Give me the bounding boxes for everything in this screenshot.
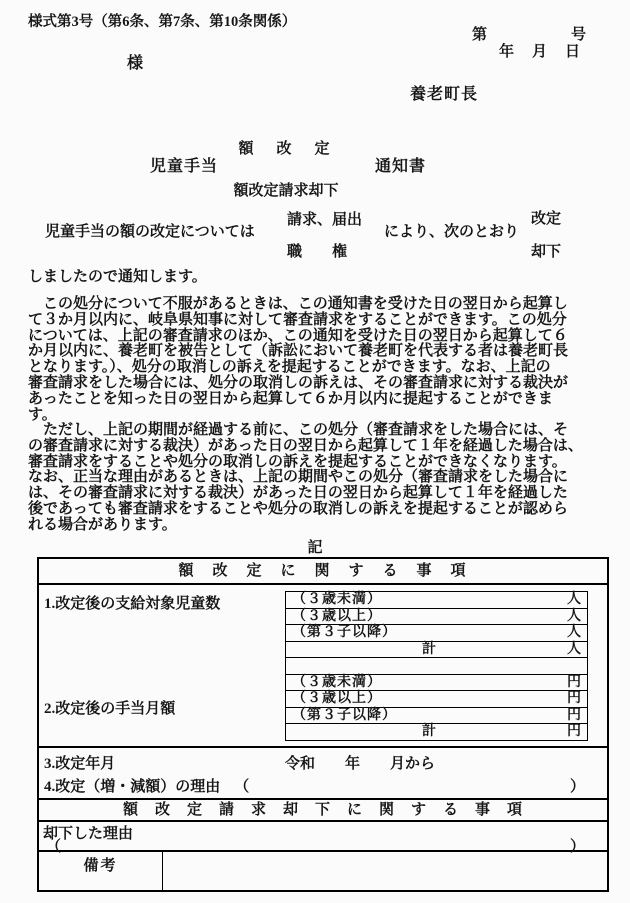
table-section1: 1.改定後の支給対象児童数 2.改定後の手当月額 （３歳未満） 人 （３歳以上）… bbox=[39, 585, 607, 748]
title-suffix: 通知書 bbox=[375, 153, 426, 176]
lead-option-rejected: 却下 bbox=[531, 240, 561, 261]
item4-open-paren: （ bbox=[234, 779, 249, 795]
revision-details-table: 額 改 定 に 関 す る 事 項 1.改定後の支給対象児童数 2.改定後の手当… bbox=[37, 557, 609, 892]
amount-row-total-unit: 円 bbox=[567, 724, 581, 740]
amount-row-over3-unit: 円 bbox=[567, 691, 581, 707]
table-section2-header: 額 改 定 請 求 却 下 に 関 す る 事 項 bbox=[39, 800, 607, 822]
form-number-label: 様式第3号（第6条、第7条、第10条関係） bbox=[28, 10, 296, 31]
addressee-suffix: 様 bbox=[127, 50, 143, 73]
table-section-revision-date-reason: 3.改定年月 令和 年 月から 4.改定（増・減額）の理由（ ） bbox=[39, 748, 607, 800]
appeal-instructions-paragraph: この処分について不服があるときは、この通知書を受けた日の翌日から起算し て３か月… bbox=[28, 297, 606, 423]
amount-row-under3: （３歳未満） 円 bbox=[286, 675, 587, 692]
table-section1-header: 額 改 定 に 関 す る 事 項 bbox=[39, 559, 607, 585]
count-row-third-child: （第３子以降） 人 bbox=[286, 625, 587, 642]
count-row-total-unit: 人 bbox=[567, 642, 581, 658]
title-option-stack: 額 改 定 額改定請求却下 bbox=[230, 137, 342, 200]
amount-row-total: 計 円 bbox=[286, 724, 587, 740]
title-option-request-rejection: 額改定請求却下 bbox=[233, 179, 338, 200]
count-row-under3-label: （３歳未満） bbox=[292, 592, 382, 608]
doc-no-prefix: 第 bbox=[472, 23, 487, 44]
count-row-over3-label: （３歳以上） bbox=[292, 609, 382, 625]
remarks-label: 備考 bbox=[39, 852, 163, 890]
item2-label: 2.改定後の手当月額 bbox=[44, 697, 175, 718]
count-row-over3: （３歳以上） 人 bbox=[286, 609, 587, 626]
item4-close-paren: ） bbox=[570, 775, 585, 796]
spacer-row bbox=[286, 658, 587, 675]
count-row-under3: （３歳未満） 人 bbox=[286, 592, 587, 609]
lead-option-revised: 改定 bbox=[531, 207, 561, 228]
count-row-over3-unit: 人 bbox=[567, 609, 581, 625]
document-page: 様式第3号（第6条、第7条、第10条関係） 第 号 年 月 日 様 養老町長 児… bbox=[0, 0, 630, 903]
lead-sentence-head: 児童手当の額の改定については bbox=[45, 220, 255, 241]
remarks-row: 備考 bbox=[39, 852, 607, 890]
lead-option-request-notification: 請求、届出 bbox=[287, 208, 362, 229]
title-option-amount-revision: 額 改 定 bbox=[238, 137, 333, 158]
table-rejection-reason-section: 却下した理由 （ ） bbox=[39, 822, 607, 852]
issuer-name: 養老町長 bbox=[410, 81, 478, 104]
item3-label: 3.改定年月 bbox=[44, 752, 115, 773]
amount-row-third-child: （第３子以降） 円 bbox=[286, 708, 587, 725]
lead-sentence-middle: により、次のとおり bbox=[384, 220, 519, 241]
remarks-content-area bbox=[163, 852, 607, 890]
date-line: 年 月 日 bbox=[499, 40, 582, 61]
count-row-total-label: 計 bbox=[292, 642, 567, 658]
amount-row-third-child-unit: 円 bbox=[567, 708, 581, 724]
title-prefix: 児童手当 bbox=[150, 153, 218, 176]
count-row-under3-unit: 人 bbox=[567, 592, 581, 608]
amount-row-total-label: 計 bbox=[292, 724, 567, 740]
count-row-total: 計 人 bbox=[286, 642, 587, 659]
item4-line: 4.改定（増・減額）の理由（ bbox=[44, 775, 249, 796]
count-row-third-child-unit: 人 bbox=[567, 625, 581, 641]
count-row-third-child-label: （第３子以降） bbox=[292, 625, 397, 641]
item3-value: 令和 年 月から bbox=[285, 752, 435, 773]
amount-row-under3-label: （３歳未満） bbox=[292, 675, 382, 691]
amount-row-under3-unit: 円 bbox=[567, 675, 581, 691]
ki-marker: 記 bbox=[0, 536, 630, 557]
rejection-open-paren: （ bbox=[46, 835, 61, 856]
item1-label: 1.改定後の支給対象児童数 bbox=[44, 592, 220, 613]
appeal-deadline-paragraph: ただし、上記の期間が経過する前に、この処分（審査請求をした場合には、そ の審査請… bbox=[28, 423, 606, 534]
lead-sentence-tail: しましたので通知します。 bbox=[28, 265, 207, 286]
amount-row-over3-label: （３歳以上） bbox=[292, 691, 382, 707]
child-count-amount-table: （３歳未満） 人 （３歳以上） 人 （第３子以降） 人 計 人 （３歳未満） bbox=[285, 591, 588, 741]
amount-row-third-child-label: （第３子以降） bbox=[292, 708, 397, 724]
lead-option-authority: 職 権 bbox=[287, 240, 347, 261]
amount-row-over3: （３歳以上） 円 bbox=[286, 691, 587, 708]
rejection-close-paren: ） bbox=[570, 835, 585, 856]
item4-label: 4.改定（増・減額）の理由 bbox=[44, 779, 220, 795]
